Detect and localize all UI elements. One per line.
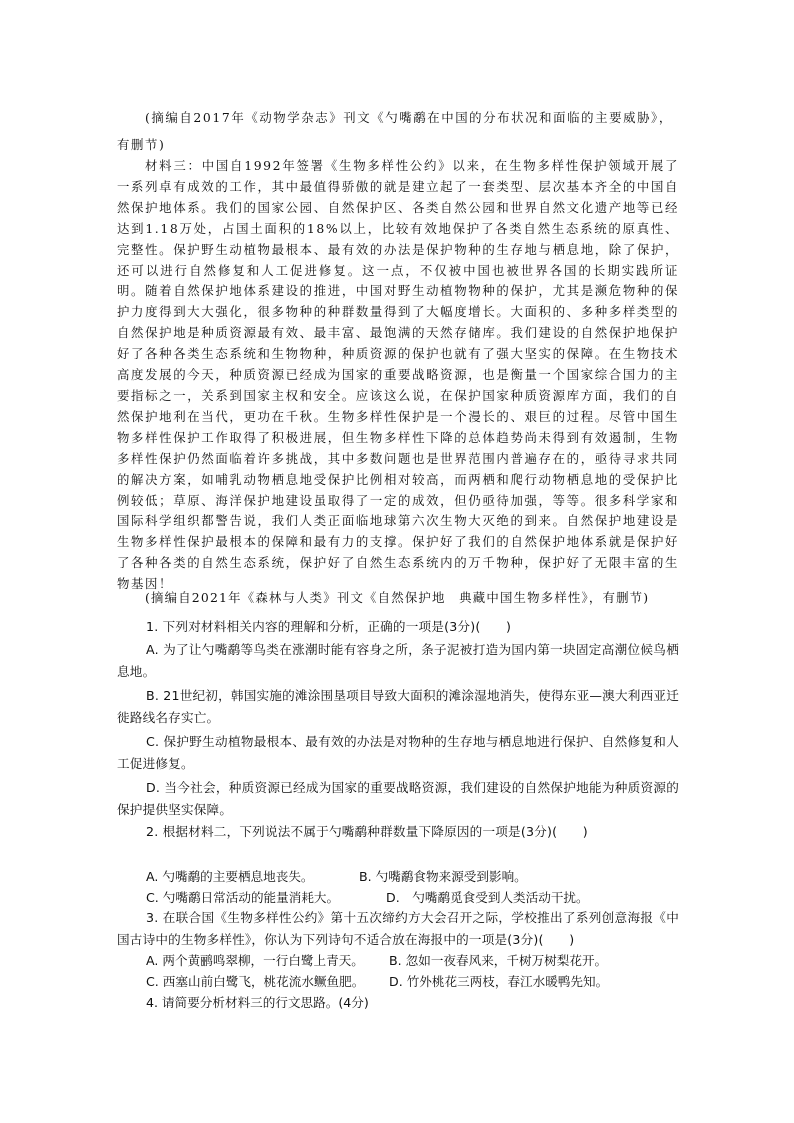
question-3: 3. 在联合国《生物多样性公约》第十五次缔约方大会召开之际，学校推出了系列创意海… xyxy=(117,907,679,951)
material-three-paragraph: 材料三：中国自1992年签署《生物多样性公约》以来，在生物多样性保护领域开展了一… xyxy=(117,156,679,595)
question-2-options-row-2: C. 勺嘴鹬日常活动的能量消耗大。D. 勺嘴鹬觅食受到人类活动干扰。 xyxy=(146,887,589,906)
question-3-stem: 3. 在联合国《生物多样性公约》第十五次缔约方大会召开之际，学校推出了系列创意海… xyxy=(117,907,679,951)
question-1-stem: 1. 下列对材料相关内容的理解和分析，正确的一项是(3分)( ) xyxy=(117,616,679,638)
question-4-stem: 4. 请简要分析材料三的行文思路。(4分) xyxy=(146,992,369,1011)
question-3-option-a: A. 两个黄鹂鸣翠柳，一行白鹭上青天。 xyxy=(146,950,389,969)
question-1-option-a: A. 为了让勺嘴鹬等鸟类在涨潮时能有容身之所，条子泥被打造为国内第一块固定高潮位… xyxy=(117,639,679,683)
question-1-option-b: B. 21世纪初，韩国实施的滩涂围垦项目导致大面积的滩涂湿地消失，使得东亚—澳大… xyxy=(117,685,679,729)
question-2-option-b: B. 勺嘴鹬食物来源受到影响。 xyxy=(359,866,527,885)
question-1-option-d: D. 当今社会，种质资源已经成为国家的重要战略资源，我们建设的自然保护地能为种质… xyxy=(117,777,679,821)
question-3-option-b: B. 忽如一夜春风来，千树万树梨花开。 xyxy=(389,950,607,969)
question-2-option-c: C. 勺嘴鹬日常活动的能量消耗大。 xyxy=(146,887,386,906)
source-citation-material2: (摘编自2017年《动物学杂志》刊文《勺嘴鹬在中国的分布状况和面临的主要威胁》，… xyxy=(117,104,679,158)
question-3-option-d: D. 竹外桃花三两枝，春江水暖鸭先知。 xyxy=(389,971,608,990)
source-citation-material3: (摘编自2021年《森林与人类》刊文《自然保护地 典藏中国生物多样性》，有删节) xyxy=(117,584,679,611)
question-2-option-d: D. 勺嘴鹬觅食受到人类活动干扰。 xyxy=(386,887,589,906)
question-1-option-c: C. 保护野生动植物最根本、最有效的办法是对物种的生存地与栖息地进行保护、自然修… xyxy=(117,731,679,775)
question-2-stem: 2. 根据材料二，下列说法不属于勺嘴鹬种群数量下降原因的一项是(3分)( ) xyxy=(117,821,679,843)
question-2-option-a: A. 勺嘴鹬的主要栖息地丧失。 xyxy=(146,866,359,885)
question-1: 1. 下列对材料相关内容的理解和分析，正确的一项是(3分)( ) A. 为了让勺… xyxy=(117,616,679,843)
question-3-option-c: C. 西塞山前白鹭飞，桃花流水鳜鱼肥。 xyxy=(146,971,389,990)
question-2-options-row-1: A. 勺嘴鹬的主要栖息地丧失。B. 勺嘴鹬食物来源受到影响。 xyxy=(146,866,527,885)
question-3-options-row-1: A. 两个黄鹂鸣翠柳，一行白鹭上青天。B. 忽如一夜春风来，千树万树梨花开。 xyxy=(146,950,607,969)
exam-page: (摘编自2017年《动物学杂志》刊文《勺嘴鹬在中国的分布状况和面临的主要威胁》，… xyxy=(0,0,794,1123)
question-3-options-row-2: C. 西塞山前白鹭飞，桃花流水鳜鱼肥。D. 竹外桃花三两枝，春江水暖鸭先知。 xyxy=(146,971,608,990)
